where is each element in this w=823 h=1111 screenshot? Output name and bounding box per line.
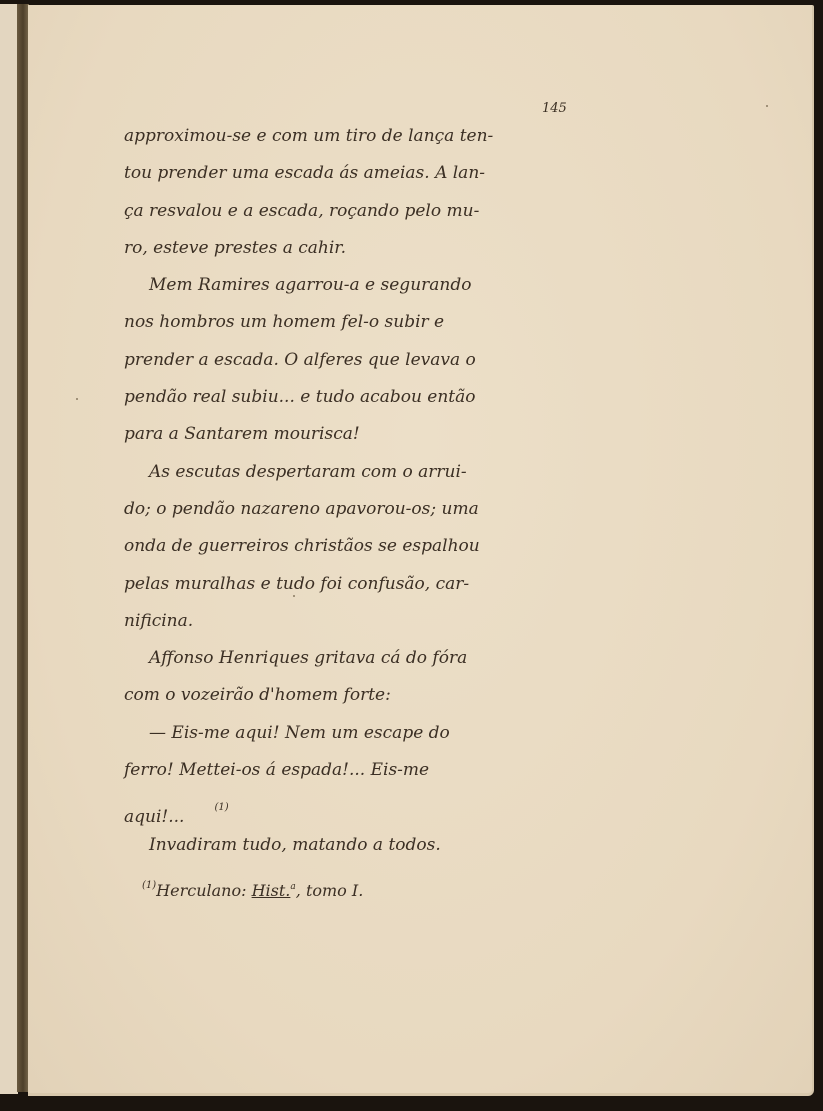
text-line: para a Santarem mourisca! <box>124 416 574 453</box>
text-line: onda de guerreiros christãos se espalhou <box>124 528 574 565</box>
footnote-reference: (1) <box>214 802 228 813</box>
text-line: ferro! Mettei-os á espada!... Eis-me <box>124 752 574 789</box>
paper-speck <box>76 398 78 400</box>
handwritten-body: approximou-se e com um tiro de lança ten… <box>124 118 574 864</box>
dialogue-line: — Eis-me aqui! Nem um escape do <box>124 715 574 752</box>
text-line: nificina. <box>124 603 574 640</box>
footnote: (1)Herculano: Hist.a, tomo I. <box>142 880 363 900</box>
footnote-mark: (1) <box>142 880 156 891</box>
paragraph-start-line: Mem Ramires agarrou-a e segurando <box>124 267 574 304</box>
paragraph-start-line: As escutas despertaram com o arrui- <box>124 454 574 491</box>
text-line: ça resvalou e a escada, roçando pelo mu- <box>124 193 574 230</box>
footnote-work: Hist. <box>252 881 291 900</box>
paragraph-start-line: Invadiram tudo, matando a todos. <box>124 827 574 864</box>
text-line: prender a escada. O alferes que levava o <box>124 342 574 379</box>
text-line: do; o pendão nazareno apavorou-os; uma <box>124 491 574 528</box>
text-line: approximou-se e com um tiro de lança ten… <box>124 118 574 155</box>
paper-speck <box>766 105 768 107</box>
text-line: ro, esteve prestes a cahir. <box>124 230 574 267</box>
footnote-volume: , tomo I. <box>296 881 364 900</box>
previous-page-edge <box>0 4 18 1094</box>
text-line-with-footnote: aqui!...(1) <box>124 789 574 826</box>
text-line: nos hombros um homem fel-o subir e <box>124 304 574 341</box>
text-line: aqui!... <box>124 807 184 827</box>
text-line: pelas muralhas e tudo foi confusão, car- <box>124 566 574 603</box>
text-line: pendão real subiu... e tudo acabou então <box>124 379 574 416</box>
paragraph-start-line: Affonso Henriques gritava cá do fóra <box>124 640 574 677</box>
page-number: 145 <box>542 101 567 116</box>
footnote-author: Herculano: <box>156 881 246 900</box>
text-line: tou prender uma escada ás ameias. A lan- <box>124 155 574 192</box>
text-line: com o vozeirão d'homem forte: <box>124 677 574 714</box>
